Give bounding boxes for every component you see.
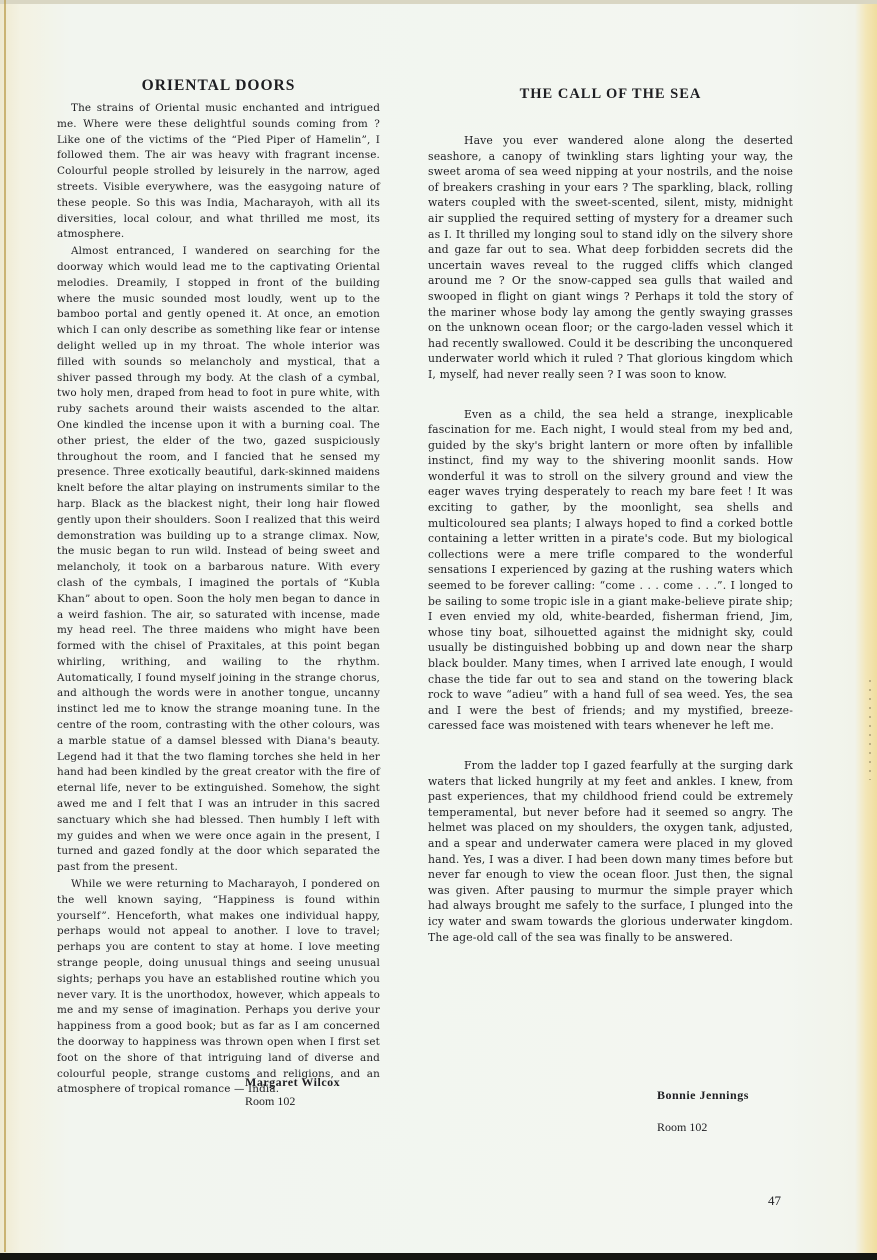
binding-edge [4, 0, 6, 1252]
article-oriental-doors: ORIENTAL DOORS The strains of Oriental m… [57, 77, 380, 1098]
page-top-shadow [0, 0, 877, 4]
margin-bleed-marks [869, 680, 871, 780]
article-paragraph: Almost entranced, I wandered on searchin… [57, 244, 380, 876]
magazine-page: ORIENTAL DOORS The strains of Oriental m… [0, 0, 877, 1260]
article-paragraph: Even as a child, the sea held a strange,… [428, 407, 793, 734]
author-signature-right: Bonnie Jennings Room 102 [657, 1079, 749, 1143]
article-title: ORIENTAL DOORS [57, 77, 380, 95]
author-name: Margaret Wilcox [245, 1073, 340, 1092]
article-paragraph: From the ladder top I gazed fearfully at… [428, 758, 793, 945]
author-name: Bonnie Jennings [657, 1079, 749, 1111]
article-paragraph: Have you ever wandered alone along the d… [428, 133, 793, 383]
article-paragraph: The strains of Oriental music enchanted … [57, 101, 380, 243]
page-number: 47 [768, 1193, 781, 1209]
article-paragraph: While we were returning to Macharayoh, I… [57, 877, 380, 1098]
author-signature-left: Margaret Wilcox Room 102 [245, 1073, 340, 1111]
author-room: Room 102 [657, 1111, 749, 1143]
scan-bottom-edge [0, 1253, 877, 1260]
article-title: THE CALL OF THE SEA [428, 86, 793, 103]
author-room: Room 102 [245, 1092, 340, 1111]
article-call-of-the-sea: THE CALL OF THE SEA Have you ever wander… [428, 86, 793, 945]
